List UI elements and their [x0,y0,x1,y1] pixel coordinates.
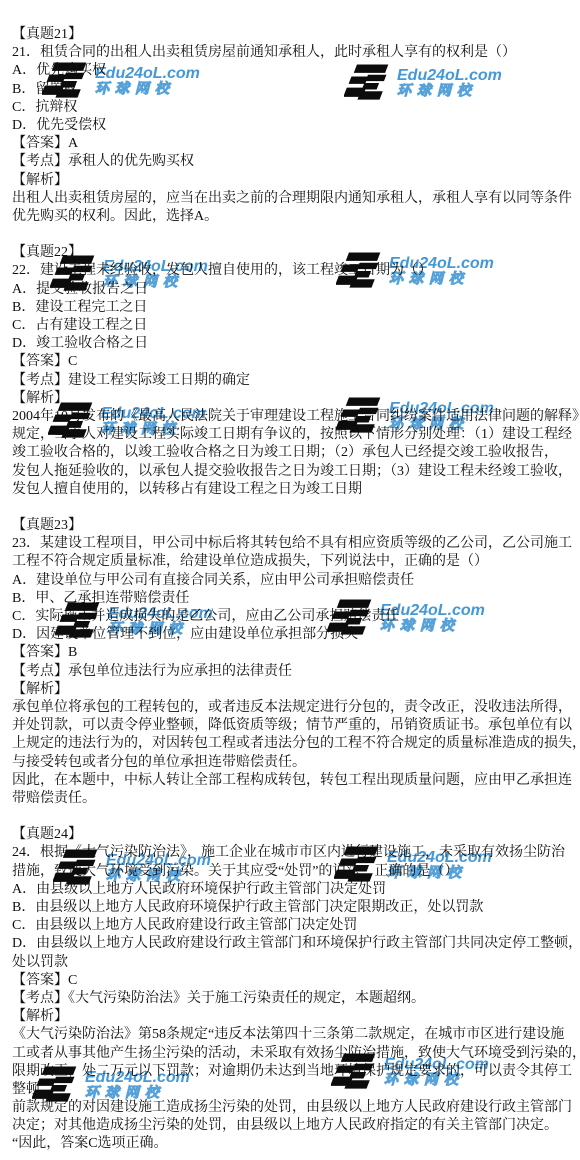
keypoint-text: 建设工程实际竣工日期的确定 [68,373,250,388]
option-c: C．由县级以上地方人民政府建设行政主管部门决定处罚 [12,917,580,935]
analysis-line: 出租人出卖租赁房屋的，应当在出卖之前的合理期限内通知承租人，承租人享有以同等条件 [12,190,580,208]
keypoint-label: 【考点】 [12,373,68,388]
question-stem: 21．租赁合同的出租人出卖租赁房屋前通知承租人，此时承租人享有的权利是（） [12,44,580,62]
question-block-24: 【真题24】 24．根据《大气污染防治法》，施工企业在城市市区内进行建设施工，未… [12,826,580,1153]
option-c: C．实际施工并造成损失的是乙公司，应由乙公司承担赔偿责任 [12,608,580,626]
question-block-21: 【真题21】 21．租赁合同的出租人出卖租赁房屋前通知承租人，此时承租人享有的权… [12,26,580,226]
analysis-line: 带赔偿责任。 [12,790,580,808]
analysis-line: 工或者从事其他产生扬尘污染的活动，未采取有效扬尘防治措施，致使大气环境受到污染的… [12,1045,580,1063]
analysis-line: 2004年10月发布的《最高人民法院关于审理建设工程施工合同纠纷案件适用法律问题… [12,408,580,426]
option-b: B．留置权 [12,81,580,99]
question-stem-continued: 措施，致使大气环境受到污染。关于其应受“处罚”的说法，正确的是（） [12,863,580,881]
option-c: C．占有建设工程之日 [12,317,580,335]
analysis-line: 承包单位将承包的工程转包的，或者违反本法规定进行分包的，责令改正，没收违法所得， [12,699,580,717]
question-block-23: 【真题23】 23．某建设工程项目，甲公司中标后将其转包给不具有相应资质等级的乙… [12,517,580,808]
analysis-label: 【解析】 [12,390,580,408]
option-d: D．由县级以上地方人民政府建设行政主管部门和环境保护行政主管部门共同决定停工整顿… [12,935,580,953]
keypoint-text: 《大气污染防治法》关于施工污染责任的规定，本题超纲。 [68,991,425,1006]
answer-label: 【答案】 [12,645,68,660]
analysis-line: 决定；对其他造成扬尘污染的处罚，由县级以上地方人民政府指定的有关主管部门决定。 [12,1117,580,1135]
keypoint-label: 【考点】 [12,664,68,679]
answer-label: 【答案】 [12,136,68,151]
analysis-line: 限期改正，处二万元以下罚款；对逾期仍未达到当地环境保护规定要求的，可以责令其停工 [12,1063,580,1081]
analysis-line: 与接受转包或者分包的单位承担连带赔偿责任。 [12,754,580,772]
analysis-line: 并处罚款，可以责令停业整顿，降低资质等级；情节严重的，吊销资质证书。承包单位有以 [12,717,580,735]
analysis-line: 上规定的违法行为的，对因转包工程或者违法分包的工程不符合规定的质量标准造成的损失… [12,735,580,753]
question-tag: 【真题22】 [12,244,580,262]
answer-line: 【答案】B [12,644,580,662]
analysis-label: 【解析】 [12,1008,580,1026]
option-d: D．因建设单位管理不到位，应由建设单位承担部分损失 [12,626,580,644]
option-b: B．甲、乙承担连带赔偿责任 [12,590,580,608]
keypoint-line: 【考点】承租人的优先购买权 [12,153,580,171]
option-d: D．优先受偿权 [12,117,580,135]
option-c: C．抗辩权 [12,99,580,117]
option-a: A．优先购买权 [12,62,580,80]
analysis-line: 规定，当事人对建设工程实际竣工日期有争议的，按照以下情形分别处理：（1）建设工程… [12,426,580,444]
answer-line: 【答案】C [12,353,580,371]
analysis-label: 【解析】 [12,172,580,190]
answer-value: A [68,136,78,151]
option-d-continued: 处以罚款 [12,954,580,972]
keypoint-line: 【考点】《大气污染防治法》关于施工污染责任的规定，本题超纲。 [12,990,580,1008]
answer-value: C [68,973,77,988]
analysis-line: 前款规定的对因建设施工造成扬尘污染的处罚，由县级以上地方人民政府建设行政主管部门 [12,1099,580,1117]
option-a: A．建设单位与甲公司有直接合同关系，应由甲公司承担赔偿责任 [12,572,580,590]
keypoint-line: 【考点】承包单位违法行为应承担的法律责任 [12,663,580,681]
keypoint-label: 【考点】 [12,154,68,169]
question-stem-continued: 工程不符合规定质量标准，给建设单位造成损失，下列说法中，正确的是（） [12,553,580,571]
analysis-label: 【解析】 [12,681,580,699]
analysis-line: 整顿。 [12,1081,580,1099]
answer-label: 【答案】 [12,354,68,369]
analysis-line: 发包人擅自使用的，以转移占有建设工程之日为竣工日期 [12,481,580,499]
analysis-line: 因此，在本题中，中标人转让全部工程构成转包，转包工程出现质量问题，应由甲乙承担连 [12,772,580,790]
exam-content: 【真题21】 21．租赁合同的出租人出卖租赁房屋前通知承租人，此时承租人享有的权… [0,0,580,1154]
question-tag: 【真题21】 [12,26,580,44]
question-stem: 23．某建设工程项目，甲公司中标后将其转包给不具有相应资质等级的乙公司，乙公司施… [12,535,580,553]
question-stem: 22．建设工程未经验收，发包人擅自使用的，该工程竣工日期为（） [12,262,580,280]
question-block-22: 【真题22】 22．建设工程未经验收，发包人擅自使用的，该工程竣工日期为（） A… [12,244,580,499]
analysis-line: 《大气污染防治法》第58条规定“违反本法第四十三条第二款规定，在城市市区进行建设… [12,1026,580,1044]
answer-label: 【答案】 [12,973,68,988]
keypoint-text: 承租人的优先购买权 [68,154,194,169]
answer-line: 【答案】C [12,972,580,990]
question-stem: 24．根据《大气污染防治法》，施工企业在城市市区内进行建设施工，未采取有效扬尘防… [12,844,580,862]
option-b: B．建设工程完工之日 [12,299,580,317]
question-tag: 【真题24】 [12,826,580,844]
keypoint-line: 【考点】建设工程实际竣工日期的确定 [12,372,580,390]
keypoint-label: 【考点】 [12,991,68,1006]
analysis-line: 优先购买的权利。因此，选择A。 [12,208,580,226]
question-tag: 【真题23】 [12,517,580,535]
keypoint-text: 承包单位违法行为应承担的法律责任 [68,664,292,679]
analysis-line: 竣工验收合格的，以竣工验收合格之日为竣工日期；（2）承包人已经提交竣工验收报告， [12,444,580,462]
analysis-line: “因此，答案C选项正确。 [12,1135,580,1153]
option-d: D．竣工验收合格之日 [12,335,580,353]
answer-value: C [68,354,77,369]
answer-line: 【答案】A [12,135,580,153]
option-a: A．提交验收报告之日 [12,281,580,299]
option-b: B．由县级以上地方人民政府环境保护行政主管部门决定限期改正，处以罚款 [12,899,580,917]
answer-value: B [68,645,77,660]
analysis-line: 发包人拖延验收的，以承包人提交验收报告之日为竣工日期；（3）建设工程未经竣工验收… [12,463,580,481]
option-a: A．由县级以上地方人民政府环境保护行政主管部门决定处罚 [12,881,580,899]
